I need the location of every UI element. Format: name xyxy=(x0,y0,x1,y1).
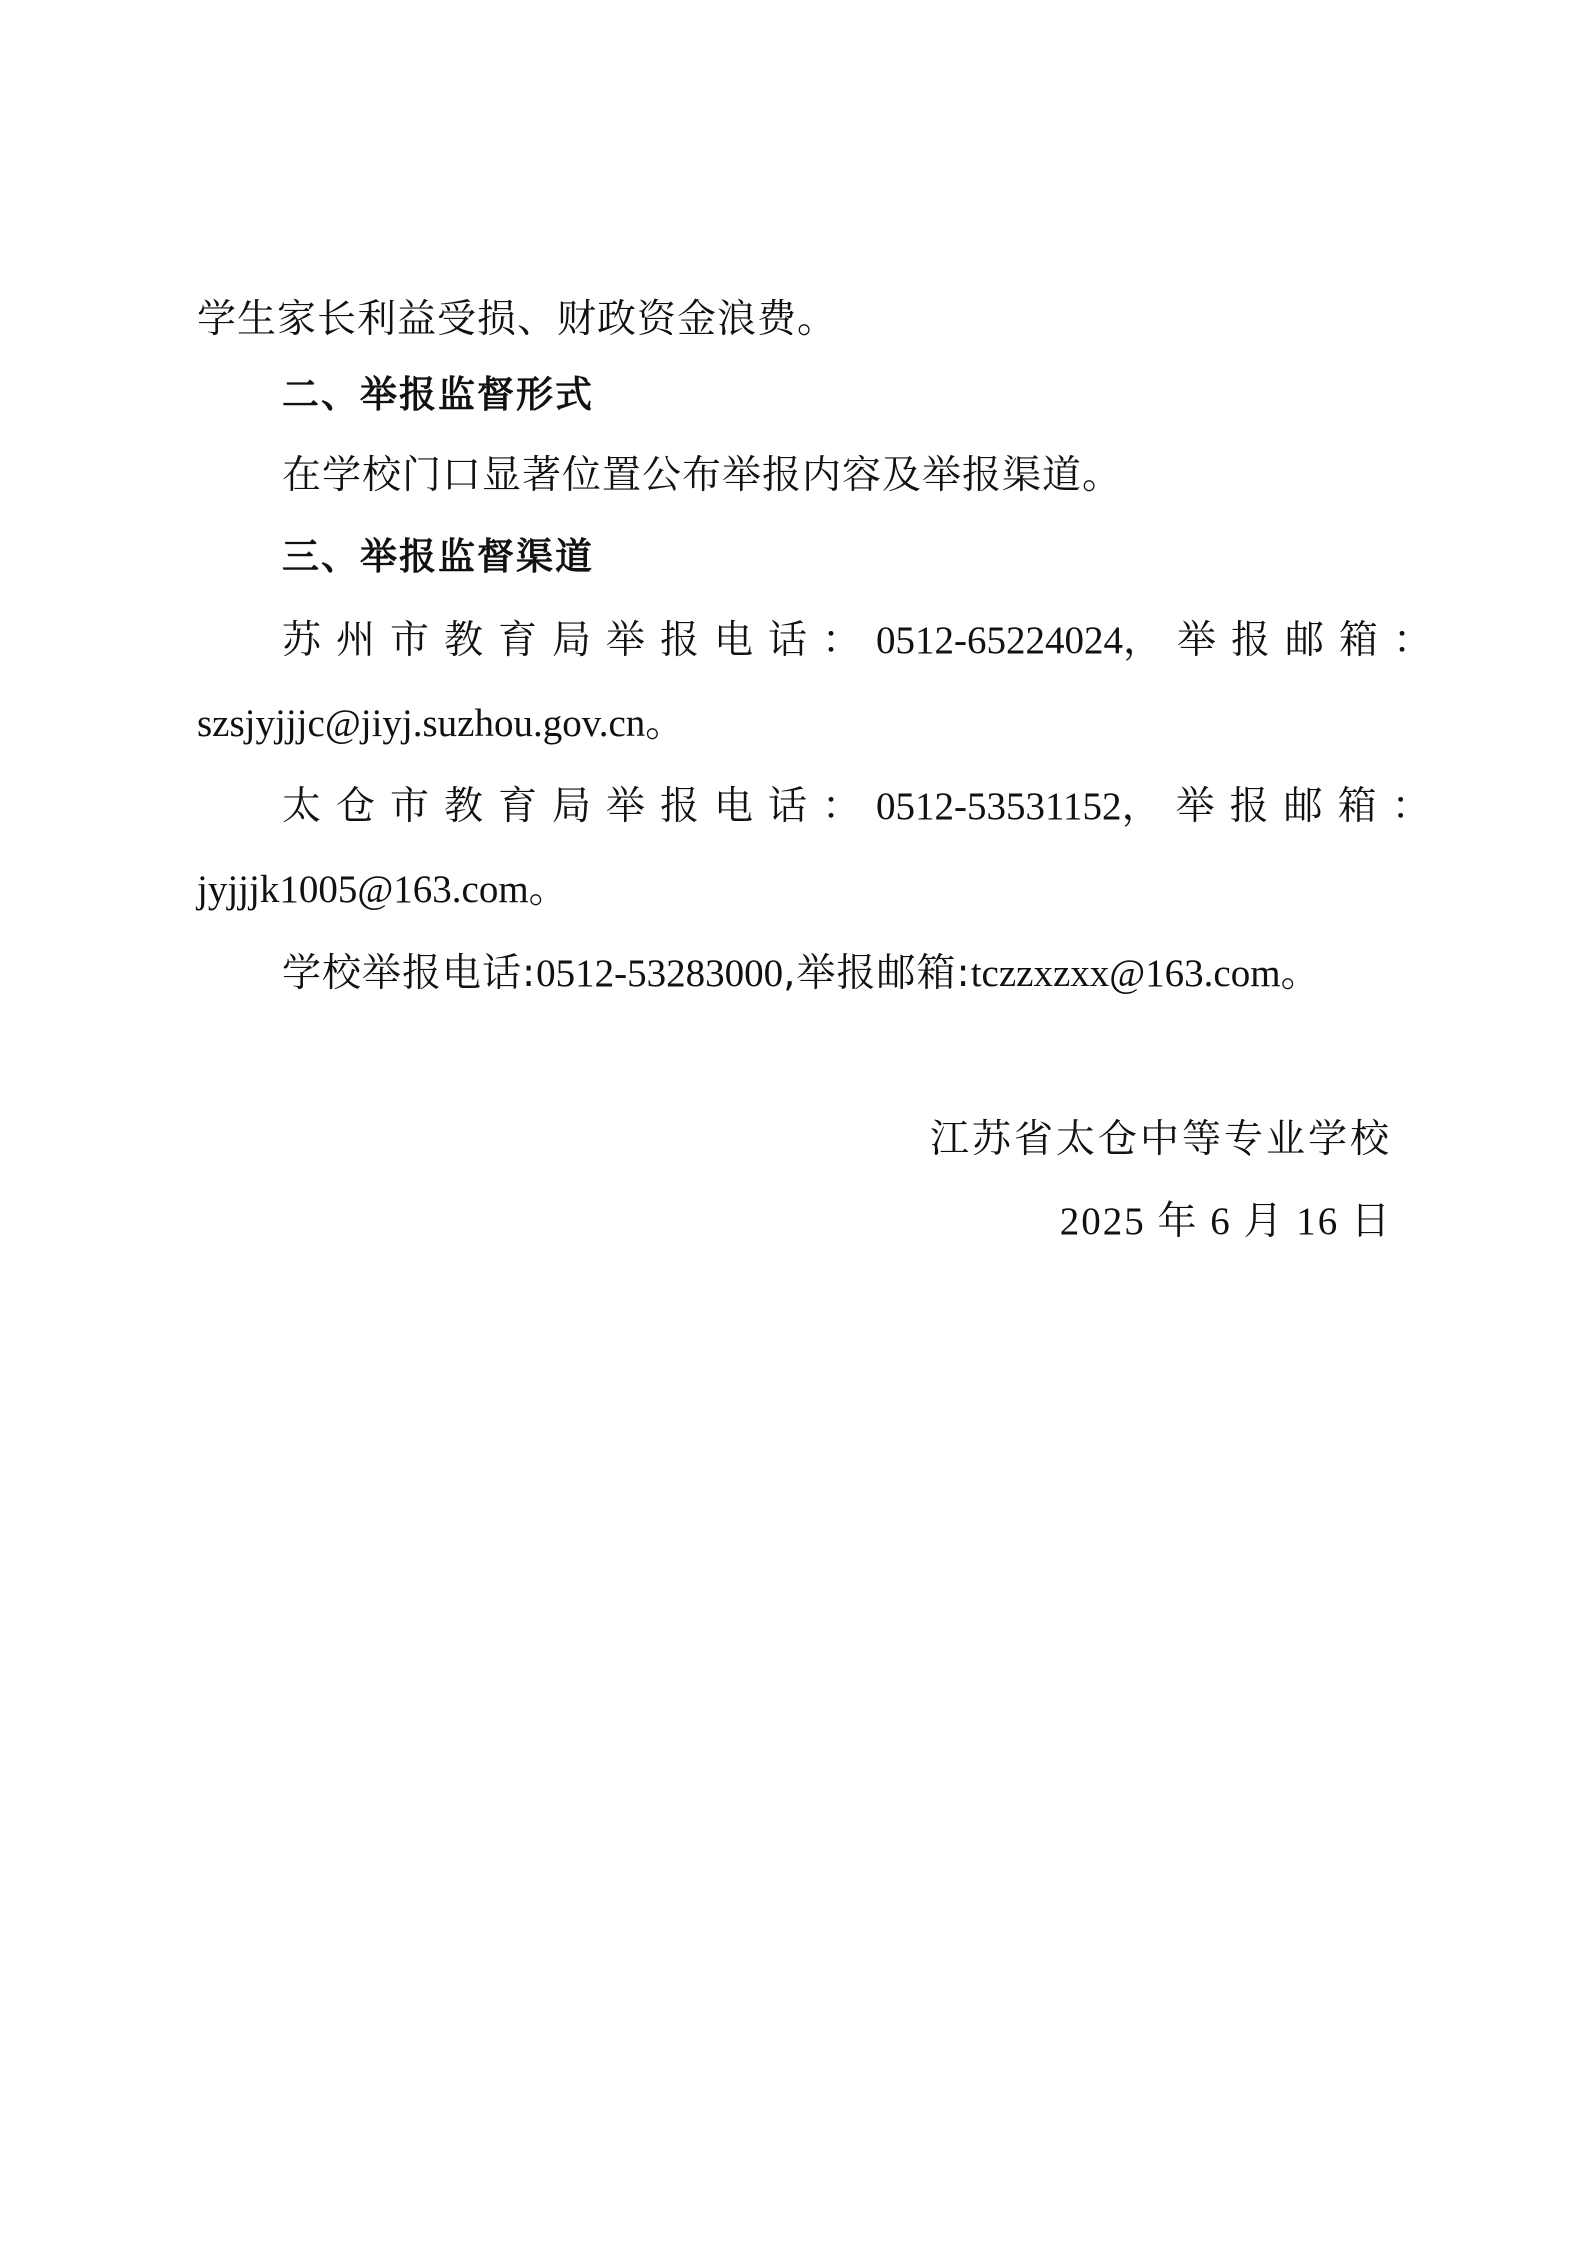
school-email: tczzxzxx@163.com。 xyxy=(971,952,1320,995)
suzhou-phone: 0512-65224024 xyxy=(876,619,1123,662)
suzhou-email: szsjyjjjc@jiyj.suzhou.gov.cn。 xyxy=(197,700,684,748)
taicang-email-label: ，举报邮箱： xyxy=(1122,784,1446,829)
suzhou-contact-line: 苏州市教育局举报电话：0512-65224024，举报邮箱： xyxy=(282,617,1447,665)
taicang-phone-label: 太仓市教育局举报电话： xyxy=(282,784,876,829)
school-phone: 0512-53283000 xyxy=(536,952,783,995)
section-3-heading: 三、举报监督渠道 xyxy=(282,533,594,581)
suzhou-phone-label: 苏州市教育局举报电话： xyxy=(282,618,876,663)
continuation-paragraph: 学生家长利益受损、财政资金浪费。 xyxy=(197,296,837,344)
taicang-phone: 0512-53531152 xyxy=(876,785,1122,828)
taicang-contact-line: 太仓市教育局举报电话：0512-53531152，举报邮箱： xyxy=(282,783,1446,831)
section-2-body: 在学校门口显著位置公布举报内容及举报渠道。 xyxy=(282,452,1122,500)
signature-date: 2025 年 6 月 16 日 xyxy=(1060,1198,1392,1246)
section-2-heading: 二、举报监督形式 xyxy=(282,371,594,419)
school-contact-line: 学校举报电话:0512-53283000,举报邮箱:tczzxzxx@163.c… xyxy=(282,950,1320,998)
school-email-label: ,举报邮箱: xyxy=(783,951,971,996)
suzhou-email-label: ，举报邮箱： xyxy=(1123,618,1447,663)
school-phone-label: 学校举报电话: xyxy=(282,951,536,996)
taicang-email: jyjjjk1005@163.com。 xyxy=(197,866,568,914)
signature-organization: 江苏省太仓中等专业学校 xyxy=(930,1116,1392,1164)
